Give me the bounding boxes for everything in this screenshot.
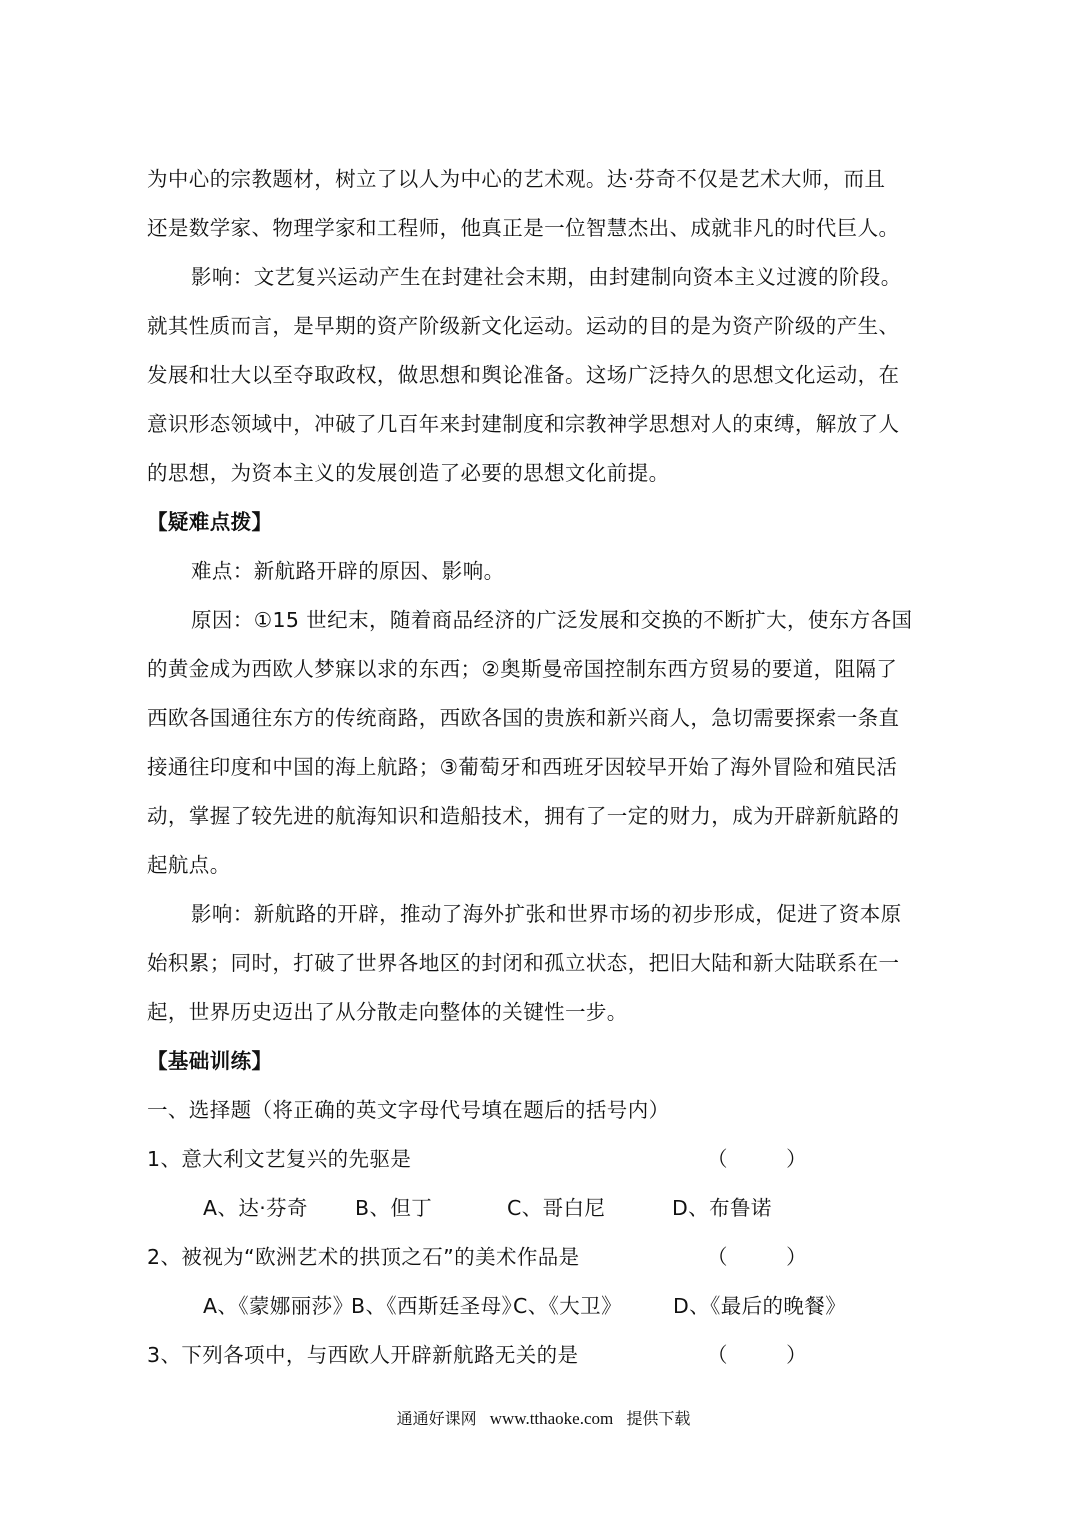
bracket-open: （ <box>707 1331 728 1380</box>
option-c: C、哥白尼 <box>507 1184 672 1233</box>
question-2: 2、被视为“欧洲艺术的拱顶之石”的美术作品是 （ ） <box>147 1233 942 1282</box>
footer-site-name: 通通好课网 <box>397 1409 477 1428</box>
answer-blank[interactable]: （ ） <box>707 1331 807 1380</box>
bracket-open: （ <box>707 1135 728 1184</box>
question-text: 2、被视为“欧洲艺术的拱顶之石”的美术作品是 <box>147 1233 707 1282</box>
option-d: D、布鲁诺 <box>672 1184 772 1233</box>
option-c: C、《大卫》 <box>513 1282 673 1331</box>
question-text: 1、意大利文艺复兴的先驱是 <box>147 1135 707 1184</box>
text-line: 原因：①15 世纪末，随着商品经济的广泛发展和交换的不断扩大，使东方各国 <box>147 596 942 645</box>
question-1: 1、意大利文艺复兴的先驱是 （ ） <box>147 1135 942 1184</box>
bracket-close: ） <box>786 1135 807 1184</box>
text-line: 还是数学家、物理学家和工程师，他真正是一位智慧杰出、成就非凡的时代巨人。 <box>147 204 942 253</box>
text-line: 影响：新航路的开辟，推动了海外扩张和世界市场的初步形成，促进了资本原 <box>147 890 942 939</box>
bracket-close: ） <box>786 1331 807 1380</box>
text-line: 影响：文艺复兴运动产生在封建社会末期，由封建制向资本主义过渡的阶段。 <box>147 253 942 302</box>
instruction-line: 一、选择题（将正确的英文字母代号填在题后的括号内） <box>147 1086 942 1135</box>
question-3: 3、下列各项中，与西欧人开辟新航路无关的是 （ ） <box>147 1331 942 1380</box>
question-2-options: A、《蒙娜丽莎》 B、《西斯廷圣母》 C、《大卫》 D、《最后的晚餐》 <box>147 1282 942 1331</box>
footer-suffix: 提供下载 <box>626 1409 690 1428</box>
page-footer: 通通好课网 www.tthaoke.com 提供下载 <box>0 1405 1087 1433</box>
text-line: 起航点。 <box>147 841 942 890</box>
option-a: A、达·芬奇 <box>203 1184 355 1233</box>
text-line: 接通往印度和中国的海上航路；③葡萄牙和西班牙因较早开始了海外冒险和殖民活 <box>147 743 942 792</box>
footer-url[interactable]: www.tthaoke.com <box>490 1409 614 1428</box>
text-line: 意识形态领域中，冲破了几百年来封建制度和宗教神学思想对人的束缚，解放了人 <box>147 400 942 449</box>
option-b: B、但丁 <box>355 1184 507 1233</box>
answer-blank[interactable]: （ ） <box>707 1135 807 1184</box>
bracket-open: （ <box>707 1233 728 1282</box>
section-heading-training: 【基础训练】 <box>147 1037 942 1086</box>
option-d: D、《最后的晚餐》 <box>673 1282 846 1331</box>
text-line: 的思想，为资本主义的发展创造了必要的思想文化前提。 <box>147 449 942 498</box>
text-line: 发展和壮大以至夺取政权，做思想和舆论准备。这场广泛持久的思想文化运动，在 <box>147 351 942 400</box>
option-b: B、《西斯廷圣母》 <box>351 1282 513 1331</box>
text-line: 就其性质而言，是早期的资产阶级新文化运动。运动的目的是为资产阶级的产生、 <box>147 302 942 351</box>
question-1-options: A、达·芬奇 B、但丁 C、哥白尼 D、布鲁诺 <box>147 1184 942 1233</box>
difficulty-line: 难点：新航路开辟的原因、影响。 <box>147 547 942 596</box>
text-line: 的黄金成为西欧人梦寐以求的东西；②奥斯曼帝国控制东西方贸易的要道，阻隔了 <box>147 645 942 694</box>
text-line: 西欧各国通往东方的传统商路，西欧各国的贵族和新兴商人，急切需要探索一条直 <box>147 694 942 743</box>
question-text: 3、下列各项中，与西欧人开辟新航路无关的是 <box>147 1331 707 1380</box>
option-a: A、《蒙娜丽莎》 <box>203 1282 351 1331</box>
text-line: 为中心的宗教题材，树立了以人为中心的艺术观。达·芬奇不仅是艺术大师，而且 <box>147 155 942 204</box>
bracket-close: ） <box>786 1233 807 1282</box>
text-line: 始积累；同时，打破了世界各地区的封闭和孤立状态，把旧大陆和新大陆联系在一 <box>147 939 942 988</box>
text-line: 起，世界历史迈出了从分散走向整体的关键性一步。 <box>147 988 942 1037</box>
document-page: 为中心的宗教题材，树立了以人为中心的艺术观。达·芬奇不仅是艺术大师，而且 还是数… <box>147 155 942 1380</box>
text-line: 动，掌握了较先进的航海知识和造船技术，拥有了一定的财力，成为开辟新航路的 <box>147 792 942 841</box>
answer-blank[interactable]: （ ） <box>707 1233 807 1282</box>
section-heading-difficulty: 【疑难点拨】 <box>147 498 942 547</box>
